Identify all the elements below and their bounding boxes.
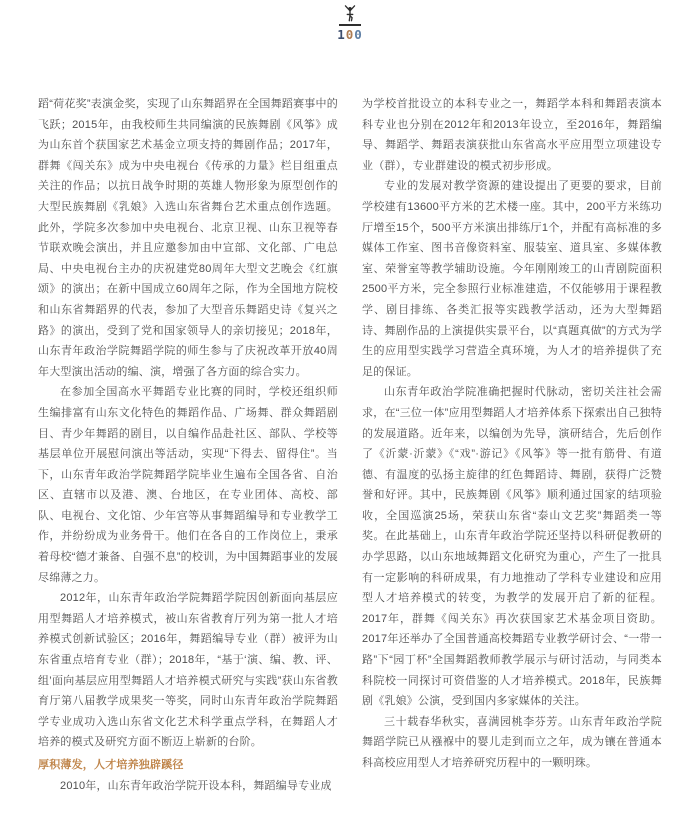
page-number-digit: 0: [346, 27, 355, 42]
body-paragraph: 蹈“荷花奖”表演金奖，实现了山东舞蹈界在全国舞蹈赛事中的飞跃；2015年，由我校…: [38, 94, 338, 382]
body-paragraph: 山东青年政治学院准确把握时代脉动，密切关注社会需求，在“三位一体”应用型舞蹈人才…: [362, 382, 662, 712]
right-column: 为学校首批设立的本科专业之一，舞蹈学本科和舞蹈表演本科专业也分别在2012年和2…: [362, 94, 662, 796]
left-column: 蹈“荷花奖”表演金奖，实现了山东舞蹈界在全国舞蹈赛事中的飞跃；2015年，由我校…: [38, 94, 338, 796]
dancer-icon: [341, 5, 359, 23]
body-paragraph: 在参加全国高水平舞蹈专业比赛的同时，学校还组织师生编排富有山东文化特色的舞蹈作品…: [38, 382, 338, 588]
text-columns: 蹈“荷花奖”表演金奖，实现了山东舞蹈界在全国舞蹈赛事中的飞跃；2015年，由我校…: [38, 94, 662, 796]
body-paragraph: 2010年，山东青年政治学院开设本科，舞蹈编导专业成: [38, 776, 338, 797]
document-page: 100 蹈“荷花奖”表演金奖，实现了山东舞蹈界在全国舞蹈赛事中的飞跃；2015年…: [0, 0, 700, 820]
page-number-digit: 0: [354, 27, 363, 42]
body-paragraph: 专业的发展对教学资源的建设提出了更要的要求，目前学校建有13600平方米的艺术楼…: [362, 176, 662, 382]
body-paragraph: 三十载春华秋实，喜满园桃李芬芳。山东青年政治学院舞蹈学院已从襁褓中的婴儿走到而立…: [362, 712, 662, 774]
page-number-digit: 1: [337, 27, 346, 42]
body-paragraph: 2012年，山东青年政治学院舞蹈学院因创新面向基层应用型舞蹈人才培养模式，被山东…: [38, 588, 338, 753]
body-paragraph: 为学校首批设立的本科专业之一，舞蹈学本科和舞蹈表演本科专业也分别在2012年和2…: [362, 94, 662, 176]
header-divider: [339, 24, 361, 26]
page-header: 100: [0, 5, 700, 41]
section-heading: 厚积薄发，人才培养独辟蹊径: [38, 755, 338, 776]
page-number: 100: [337, 28, 363, 41]
